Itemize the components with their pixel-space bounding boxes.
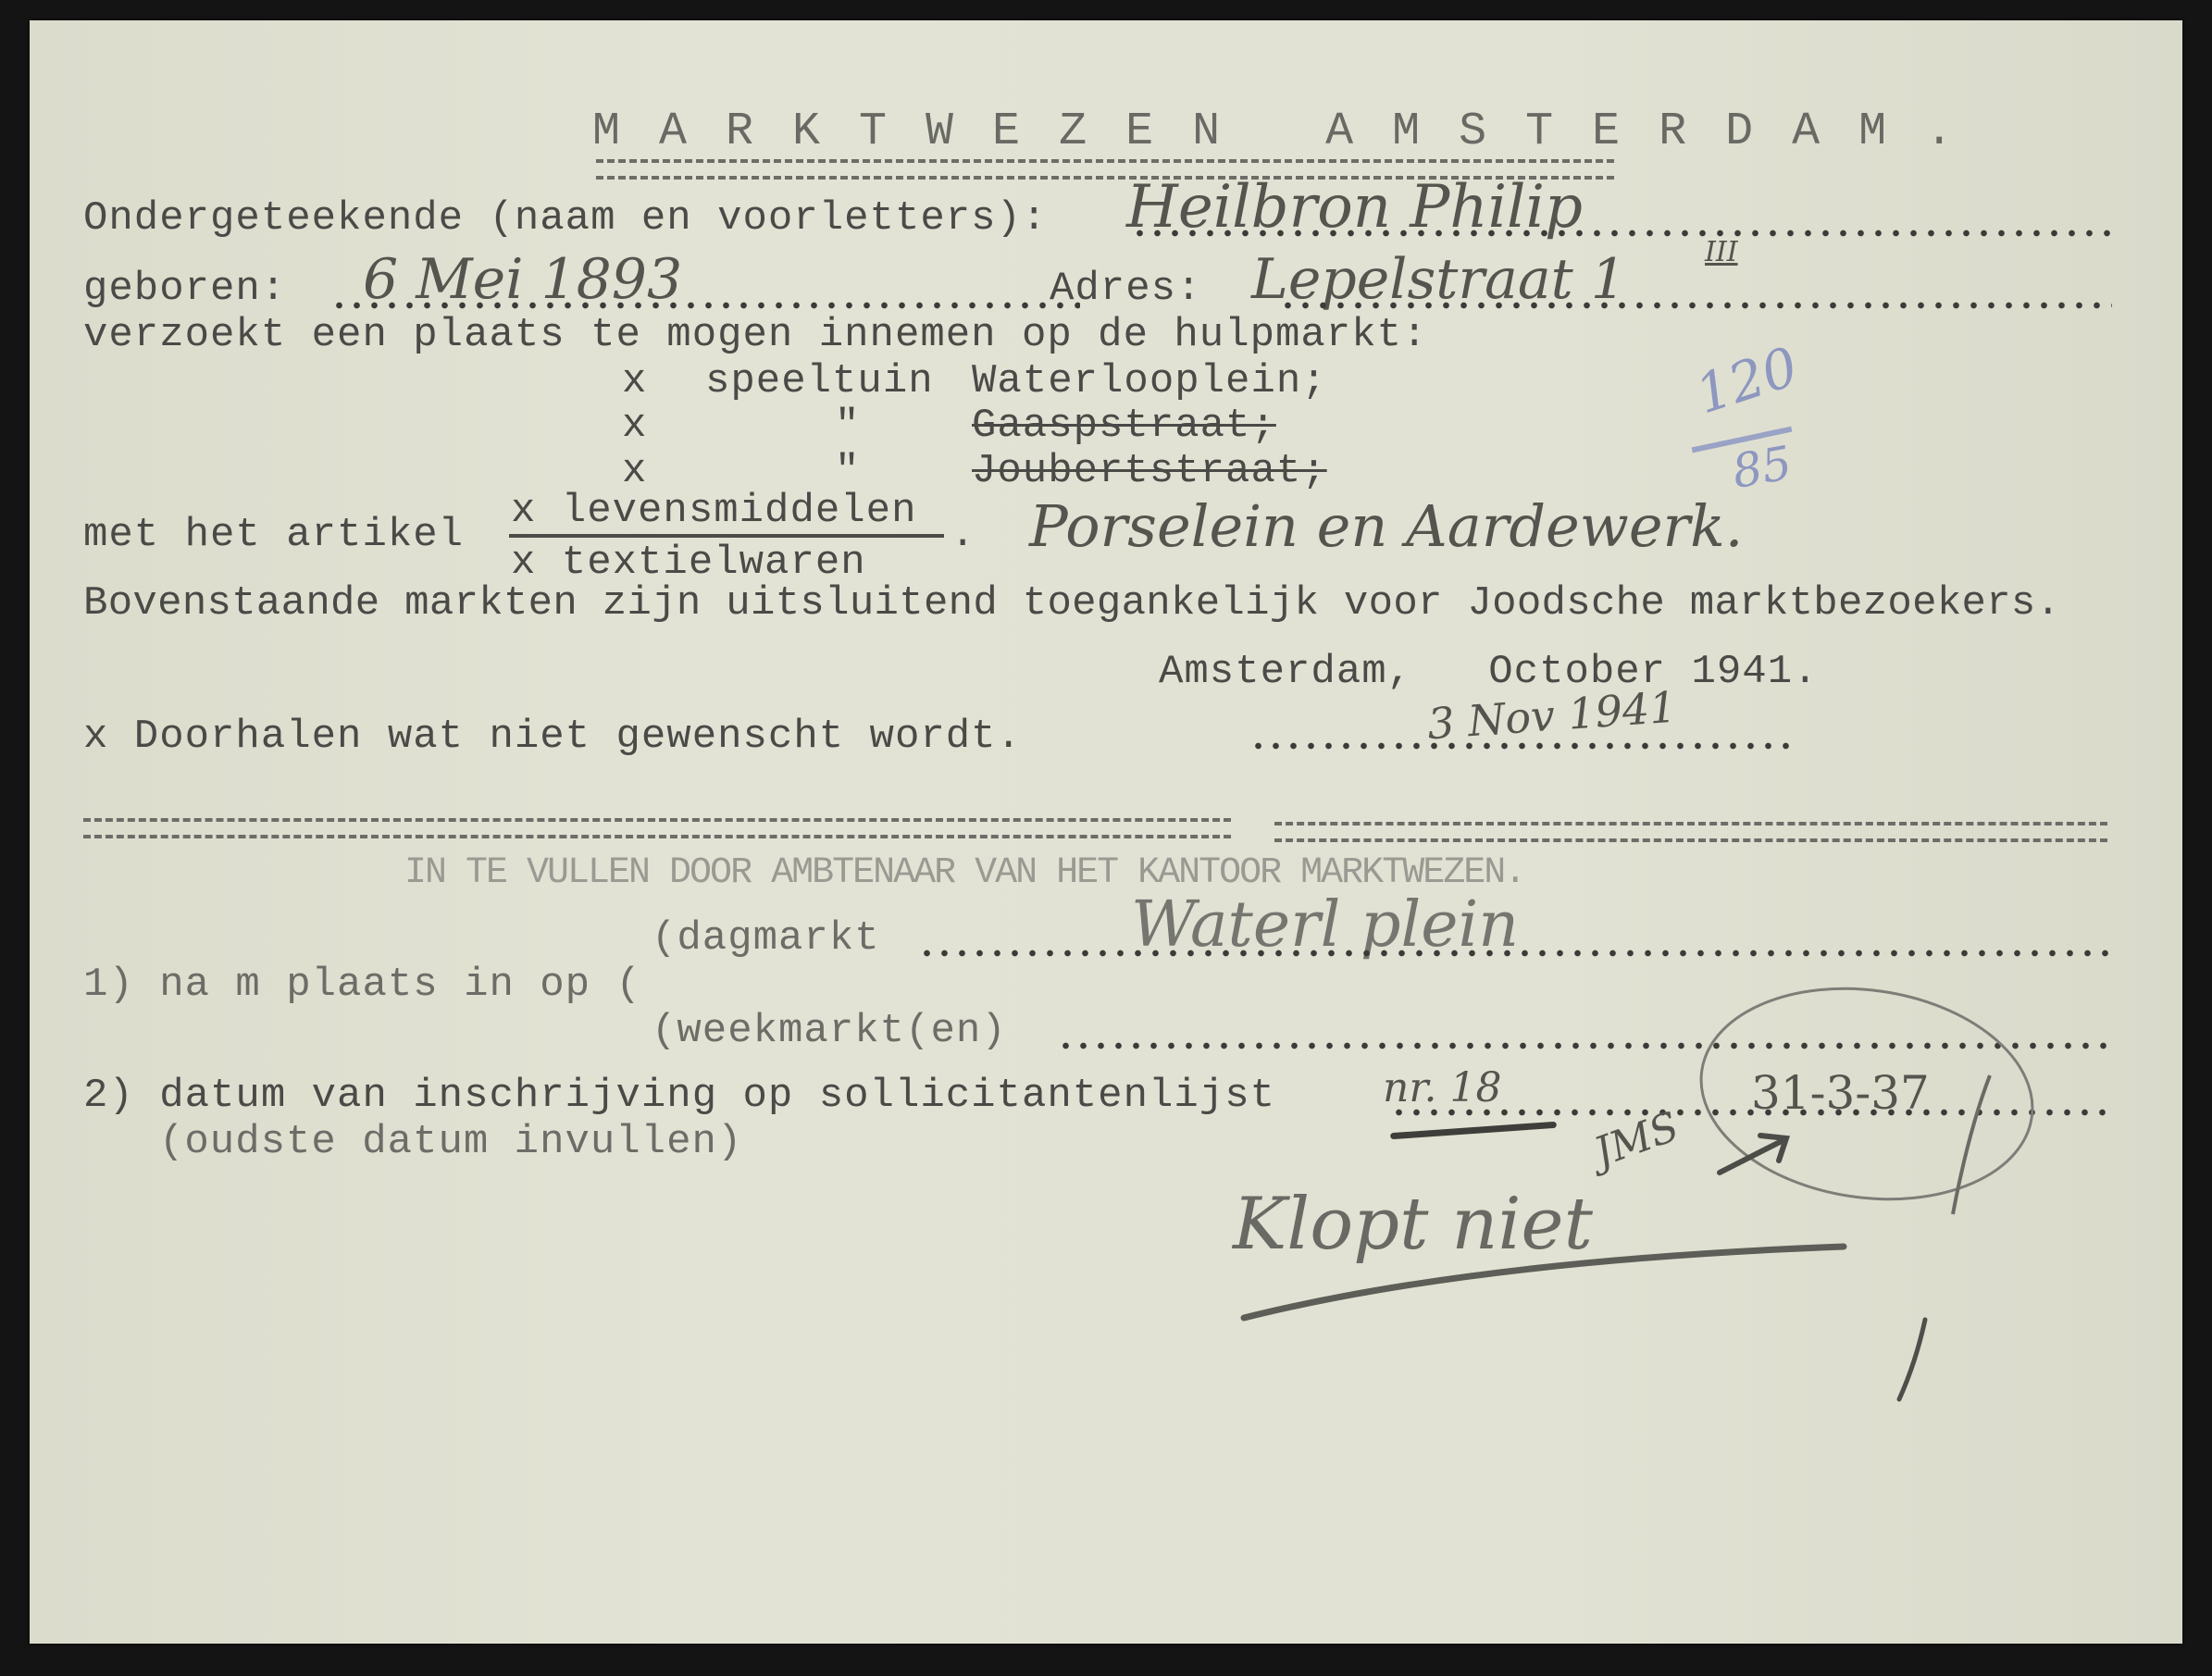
document-sheet: M A R K T W E Z E N A M S T E R D A M . … xyxy=(30,20,2182,1644)
pencil-annotations xyxy=(30,20,2182,1644)
circle-mark xyxy=(1687,968,2046,1220)
remark-underline xyxy=(1244,1247,1844,1318)
vertical-slash-mark xyxy=(1953,1075,1990,1214)
tick-mark xyxy=(1899,1320,1925,1399)
